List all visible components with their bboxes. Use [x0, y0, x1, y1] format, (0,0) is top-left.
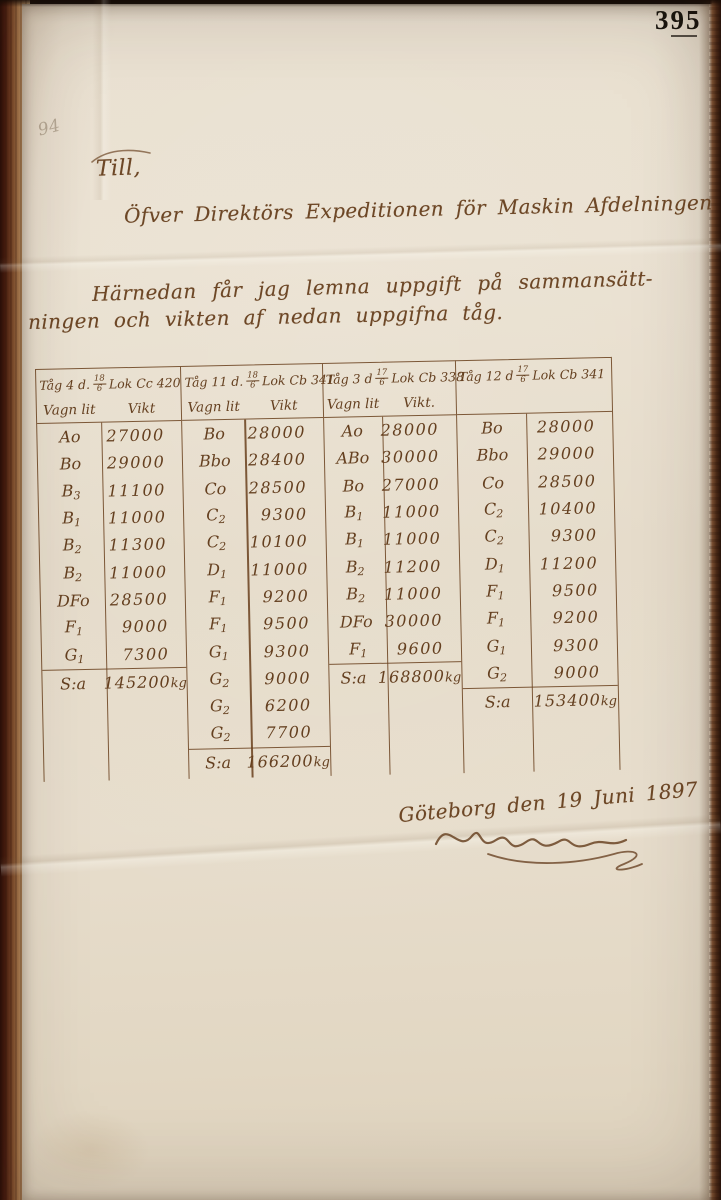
table-row: B111000 [326, 524, 459, 554]
table-row: G29000 [462, 658, 618, 689]
weight-cell: 30000 [384, 610, 460, 631]
weight-cell: 28000 [527, 416, 613, 437]
wagon-lit-cell: C2 [459, 526, 529, 548]
weight-cell: 9300 [247, 504, 325, 525]
sum-row: S:a153400kg [462, 685, 618, 717]
column-header-vikt [526, 398, 611, 400]
table-row: B311100 [38, 476, 183, 506]
table-row: F19000 [41, 612, 186, 642]
weight-cell: 9200 [531, 607, 617, 628]
wagon-lit-cell: G2 [462, 662, 532, 684]
locomotive-label: Lok Cb 341 [532, 366, 605, 383]
weight-cell: 29000 [103, 452, 183, 473]
table-row: G19300 [461, 630, 617, 661]
wagon-lit-cell: Ao [324, 421, 381, 441]
table-row: Ao27000 [37, 421, 182, 451]
sum-value: 168800 [378, 667, 445, 687]
table-row: B211000 [40, 557, 185, 587]
weight-cell: 11000 [105, 562, 185, 583]
weight-cell: 28500 [528, 471, 614, 492]
salutation: Till, [96, 155, 142, 182]
weight-cell: 9600 [388, 638, 461, 659]
weight-cell: 11200 [530, 553, 616, 574]
weight-cell: 11000 [383, 529, 459, 550]
weight-cell: 29000 [527, 443, 613, 464]
weight-cell: 9300 [250, 640, 328, 661]
sum-label: S:a [189, 753, 246, 773]
wagon-lit-cell: C2 [458, 499, 528, 521]
wagon-lit-cell: B2 [327, 556, 384, 578]
sum-label: S:a [463, 692, 533, 712]
column-headers: Vagn litVikt. [323, 389, 456, 418]
wagon-lit-cell: Co [184, 478, 247, 498]
train-group: Tåg 11 d.186Lok Cb 341Vagn litViktBo2800… [180, 363, 330, 779]
wagon-lit-cell: Co [458, 472, 528, 492]
weight-cell: 9200 [249, 586, 327, 607]
sum-row: S:a145200kg [42, 667, 187, 699]
date-fraction: 186 [246, 371, 259, 390]
locomotive-label: Lok Cc 420 [109, 374, 181, 391]
train-group-title: Tåg 11 d.186Lok Cb 341 [181, 364, 322, 395]
weight-cell: 11000 [248, 559, 326, 580]
wagon-lit-cell: F1 [460, 581, 530, 603]
weight-cell: 9500 [530, 580, 616, 601]
table-row: B111000 [325, 497, 458, 527]
wagon-lit-cell: F1 [461, 608, 531, 630]
weight-cell: 11000 [384, 583, 460, 604]
weight-cell: 28500 [106, 589, 186, 610]
wagon-lit-cell: Ao [37, 427, 102, 447]
wagon-lit-cell: B2 [40, 562, 105, 584]
fraction-denominator: 6 [93, 384, 106, 393]
wagon-lit-cell: B1 [325, 502, 382, 524]
sum-row: S:a168800kg [329, 661, 462, 693]
column-header-vagn-lit: Vagn lit [37, 401, 102, 418]
wagon-lit-cell: B1 [39, 508, 104, 530]
empty-cell-space [463, 714, 619, 773]
weight-cell: 11300 [104, 534, 184, 555]
column-header-vikt: Vikt [102, 399, 182, 417]
table-row: G19300 [187, 636, 328, 666]
paper-stain [30, 1110, 150, 1190]
table-row: C29300 [184, 500, 325, 530]
wagon-lit-cell: Bo [183, 424, 246, 444]
table-row: Bbo28400 [183, 445, 324, 475]
table-row: Co28500 [458, 467, 614, 498]
table-row: B111000 [39, 503, 184, 533]
wagon-lit-cell: ABo [324, 448, 381, 468]
wagon-lit-cell: G2 [189, 723, 253, 745]
table-row: Bo28000 [182, 418, 323, 448]
sum-value: 145200 [103, 672, 170, 692]
date-fraction: 186 [93, 374, 106, 393]
column-header-vikt: Vikt [245, 396, 322, 414]
wagon-lit-cell: F1 [186, 586, 250, 608]
table-row: C210400 [458, 494, 614, 525]
wagon-lit-cell: F1 [186, 614, 250, 636]
weight-cell: 30000 [381, 447, 457, 468]
train-group-title: Tåg 4 d.186Lok Cc 420 [36, 367, 181, 398]
wagon-lit-cell: G1 [187, 641, 251, 663]
weight-cell: 7300 [107, 643, 187, 664]
sum-label: S:a [42, 674, 103, 694]
weight-cell: 9300 [529, 525, 615, 546]
table-row: Bo28000 [457, 412, 613, 443]
wagon-lit-cell: Bbo [183, 451, 246, 471]
train-label: Tåg 12 d [459, 367, 514, 383]
train-group-body: Ao28000ABo30000Bo27000B111000B111000B211… [324, 415, 464, 776]
wagon-lit-cell: B1 [326, 529, 383, 551]
sum-value-cell: 166200kg [246, 751, 330, 772]
wagon-lit-cell: C2 [184, 505, 248, 527]
table-row: F19500 [460, 576, 616, 607]
train-label: Tåg 3 d [326, 370, 373, 386]
train-label: Tåg 11 d. [184, 373, 243, 389]
weight-cell: 10400 [528, 498, 614, 519]
weight-cell: 9500 [250, 613, 328, 634]
table-row: C29300 [459, 521, 615, 552]
wagon-lit-cell: Bbo [457, 445, 527, 465]
table-row: B211000 [327, 579, 460, 609]
wagon-lit-cell: C2 [185, 532, 249, 554]
weight-cell: 11100 [103, 480, 183, 501]
column-header-vagn-lit: Vagn lit [323, 395, 383, 412]
wagon-lit-cell: Bo [457, 418, 527, 438]
wagon-lit-cell: F1 [328, 638, 388, 660]
weight-cell: 9000 [106, 616, 186, 637]
sum-unit: kg [445, 670, 462, 685]
train-group-body: Bo28000Bbo29000Co28500C210400C29300D1112… [457, 412, 620, 773]
table-row: ABo30000 [324, 442, 457, 472]
table-row: G26200 [188, 691, 329, 721]
sum-unit: kg [171, 676, 188, 691]
book-edge-top [0, 0, 721, 7]
sum-label: S:a [329, 668, 378, 688]
table-row: G27700 [189, 718, 330, 748]
column-header-vikt: Vikt. [383, 394, 456, 412]
table-row: D111200 [460, 548, 616, 579]
sum-row: S:a166200kg [189, 745, 330, 777]
column-headers: Vagn litVikt [182, 392, 323, 421]
table-row: F19200 [186, 582, 327, 612]
column-headers: Vagn litVikt [37, 395, 182, 424]
wagon-lit-cell: Bo [38, 454, 103, 474]
table-row: G17300 [42, 639, 187, 669]
weight-cell: 28000 [246, 422, 324, 443]
wagon-lit-cell: G1 [42, 644, 107, 666]
weight-cell: 7700 [252, 722, 330, 743]
empty-cell-space [329, 690, 463, 776]
table-row: B211300 [39, 530, 184, 560]
sum-value: 153400 [534, 691, 601, 711]
date-fraction: 176 [375, 368, 388, 387]
weight-cell: 28400 [246, 449, 324, 470]
fraction-denominator: 6 [517, 375, 530, 384]
train-group-body: Ao27000Bo29000B311100B111000B211300B2110… [37, 421, 189, 782]
table-row: Co28500 [184, 473, 325, 503]
table-row: B211200 [326, 552, 459, 582]
archive-photo: 395 94 Till, Öfver Direktörs Expeditione… [0, 0, 721, 1200]
sum-value-cell: 145200kg [103, 672, 187, 693]
fraction-denominator: 6 [376, 378, 389, 387]
weight-cell: 11000 [382, 501, 458, 522]
table-row: Bo27000 [325, 470, 458, 500]
table-row: DFo28500 [41, 585, 186, 615]
table-row: F19500 [186, 609, 327, 639]
table-row: Ao28000 [324, 415, 457, 445]
sum-unit: kg [601, 694, 618, 709]
sum-value-cell: 168800kg [378, 666, 462, 687]
wagon-lit-cell: D1 [185, 559, 249, 581]
sum-value-cell: 153400kg [532, 690, 618, 711]
empty-cell-space [43, 696, 189, 782]
train-group-body: Bo28000Bbo28400Co28500C29300C210100D1110… [182, 418, 330, 779]
wagon-lit-cell: B3 [38, 480, 103, 502]
weight-cell: 11000 [104, 507, 184, 528]
sum-value: 166200 [246, 751, 313, 771]
table-row: C210100 [185, 527, 326, 557]
weight-cell: 27000 [102, 425, 182, 446]
date-fraction: 176 [516, 365, 529, 384]
weights-table: Tåg 4 d.186Lok Cc 420Vagn litViktAo27000… [35, 357, 621, 782]
train-group: Tåg 4 d.186Lok Cc 420Vagn litViktAo27000… [35, 366, 189, 782]
column-headers [456, 386, 612, 415]
train-group: Tåg 12 d176Lok Cb 341Bo28000Bbo29000Co28… [455, 357, 621, 773]
train-group-title: Tåg 12 d176Lok Cb 341 [456, 358, 612, 389]
weight-cell: 10100 [248, 531, 326, 552]
weight-cell: 9000 [532, 662, 618, 683]
table-row: F19600 [328, 634, 461, 664]
wagon-lit-cell: DFo [328, 612, 385, 632]
weight-cell: 11200 [383, 556, 459, 577]
fraction-denominator: 6 [246, 381, 259, 390]
train-group: Tåg 3 d176Lok Cb 338Vagn litVikt.Ao28000… [321, 360, 463, 776]
wagon-lit-cell: G2 [188, 696, 252, 718]
weight-cell: 28500 [247, 477, 325, 498]
wagon-lit-cell: F1 [41, 617, 106, 639]
train-label: Tåg 4 d. [39, 376, 90, 392]
wagon-lit-cell: G2 [188, 668, 252, 690]
wagon-lit-cell: D1 [460, 553, 530, 575]
sum-unit: kg [313, 755, 330, 770]
weight-cell: 9300 [531, 634, 617, 655]
weight-cell: 27000 [382, 474, 458, 495]
wagon-lit-cell: Bo [325, 476, 382, 496]
table-row: F19200 [461, 603, 617, 634]
table-row: DFo30000 [328, 606, 461, 636]
wagon-lit-cell: DFo [41, 590, 106, 610]
table-row: Bo29000 [38, 448, 183, 478]
book-edge-right [709, 0, 721, 1200]
page-edge-shadow [699, 0, 709, 1200]
train-group-title: Tåg 3 d176Lok Cb 338 [322, 361, 455, 392]
weight-cell: 6200 [251, 695, 329, 716]
weight-cell: 9000 [251, 668, 329, 689]
page-number: 395 [655, 5, 702, 36]
wagon-lit-cell: G1 [461, 635, 531, 657]
wagon-lit-cell: B2 [40, 535, 105, 557]
locomotive-label: Lok Cb 338 [391, 369, 464, 386]
column-header-vagn-lit [456, 400, 526, 401]
table-row: D111000 [185, 554, 326, 584]
table-row: Bbo29000 [457, 439, 613, 470]
column-header-vagn-lit: Vagn lit [182, 398, 245, 415]
table-row: G29000 [188, 664, 329, 694]
weight-cell: 28000 [380, 419, 456, 440]
wagon-lit-cell: B2 [327, 584, 384, 606]
